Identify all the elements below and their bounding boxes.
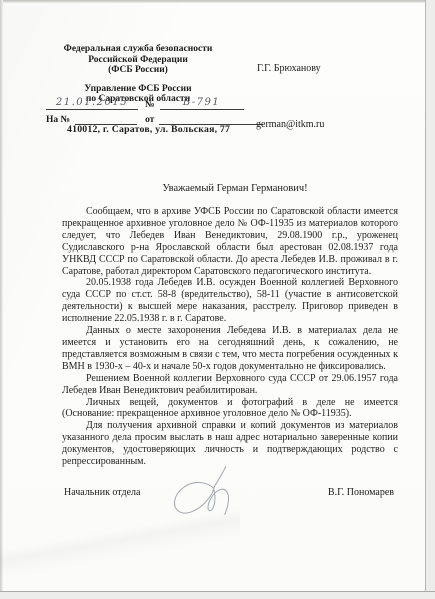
department-name-line1: Управление ФСБ России [40,84,236,95]
recipient-email: german@itkm.ru [256,119,324,130]
org-name-line1: Федеральная служба безопасности [40,44,236,55]
recipient-name: Г.Г. Брюханову [257,63,321,74]
scan-edge-right [425,0,435,599]
signature-row: Начальник отдела В.Г. Пономарев [64,487,394,498]
paragraph-belongings: Личных вещей, документов и фотографий в … [62,397,398,421]
paragraph-request-copies: Для получения архивной справки и копий д… [62,420,398,468]
scan-edge-top [0,0,435,3]
org-name-line3: (ФСБ России) [40,65,236,76]
paragraph-rehabilitation: Решением Военной коллегии Верховного суд… [62,373,398,397]
paragraph-case-info: Сообщаем, что в архиве УФСБ России по Са… [62,206,398,277]
org-name: Федеральная служба безопасности Российск… [40,44,236,76]
scanned-letter-page: Федеральная служба безопасности Российск… [0,0,435,599]
reference-row: 21.01.2015 № Б-791 [46,97,244,110]
org-name-line2: Российской Федерации [40,55,236,66]
outgoing-date-handwritten: 21.01.2015 [46,97,138,110]
paragraph-burial-place: Данных о месте захоронения Лебедева И.В.… [62,325,398,373]
signer-name: В.Г. Пономарев [328,487,394,498]
letterhead: Федеральная служба безопасности Российск… [40,44,236,105]
number-sign-label: № [145,100,155,110]
paragraph-sentence: 20.05.1938 года Лебедев И.В. осужден Вое… [62,277,398,325]
outgoing-number-handwritten: Б-791 [160,97,244,110]
salutation: Уважаемый Герман Германович! [62,183,408,194]
sender-address: 410012, г. Саратов, ул. Вольская, 77 [67,124,230,135]
letter-body: Сообщаем, что в архиве УФСБ России по Са… [62,206,398,468]
scan-edge-bottom [0,591,435,599]
signer-position: Начальник отдела [64,487,141,498]
